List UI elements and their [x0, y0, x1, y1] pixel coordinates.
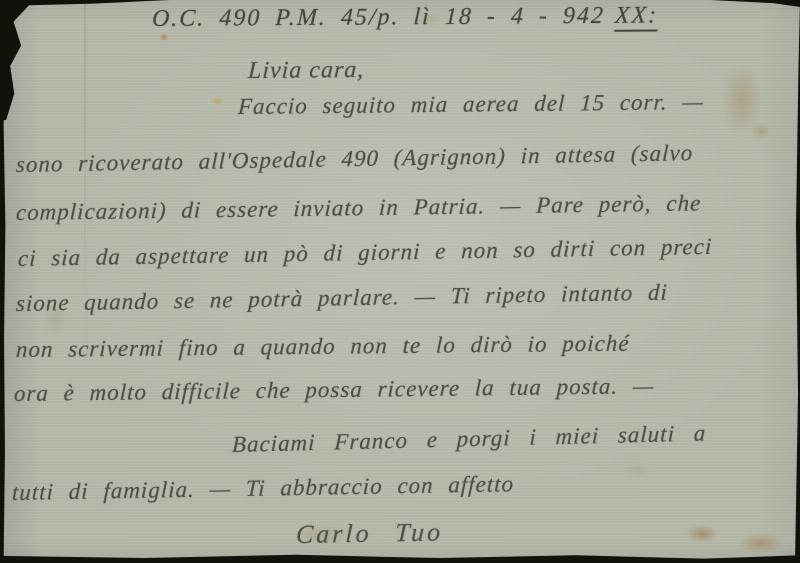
salutation-line: Livia cara,: [247, 57, 365, 85]
scanned-postcard: O.C. 490 P.M. 45/p. lì 18 - 4 - 942XX: L…: [0, 0, 800, 563]
postmark-office-date: O.C. 490 P.M. 45/p. lì 18 - 4 - 942: [151, 3, 605, 32]
header-date-line: O.C. 490 P.M. 45/p. lì 18 - 4 - 942XX:: [151, 2, 658, 33]
fascist-era-year: XX:: [614, 2, 659, 31]
signature-line: Carlo Tuo: [295, 517, 443, 550]
letter-line: Faccio seguito mia aerea del 15 corr. —: [237, 89, 704, 120]
